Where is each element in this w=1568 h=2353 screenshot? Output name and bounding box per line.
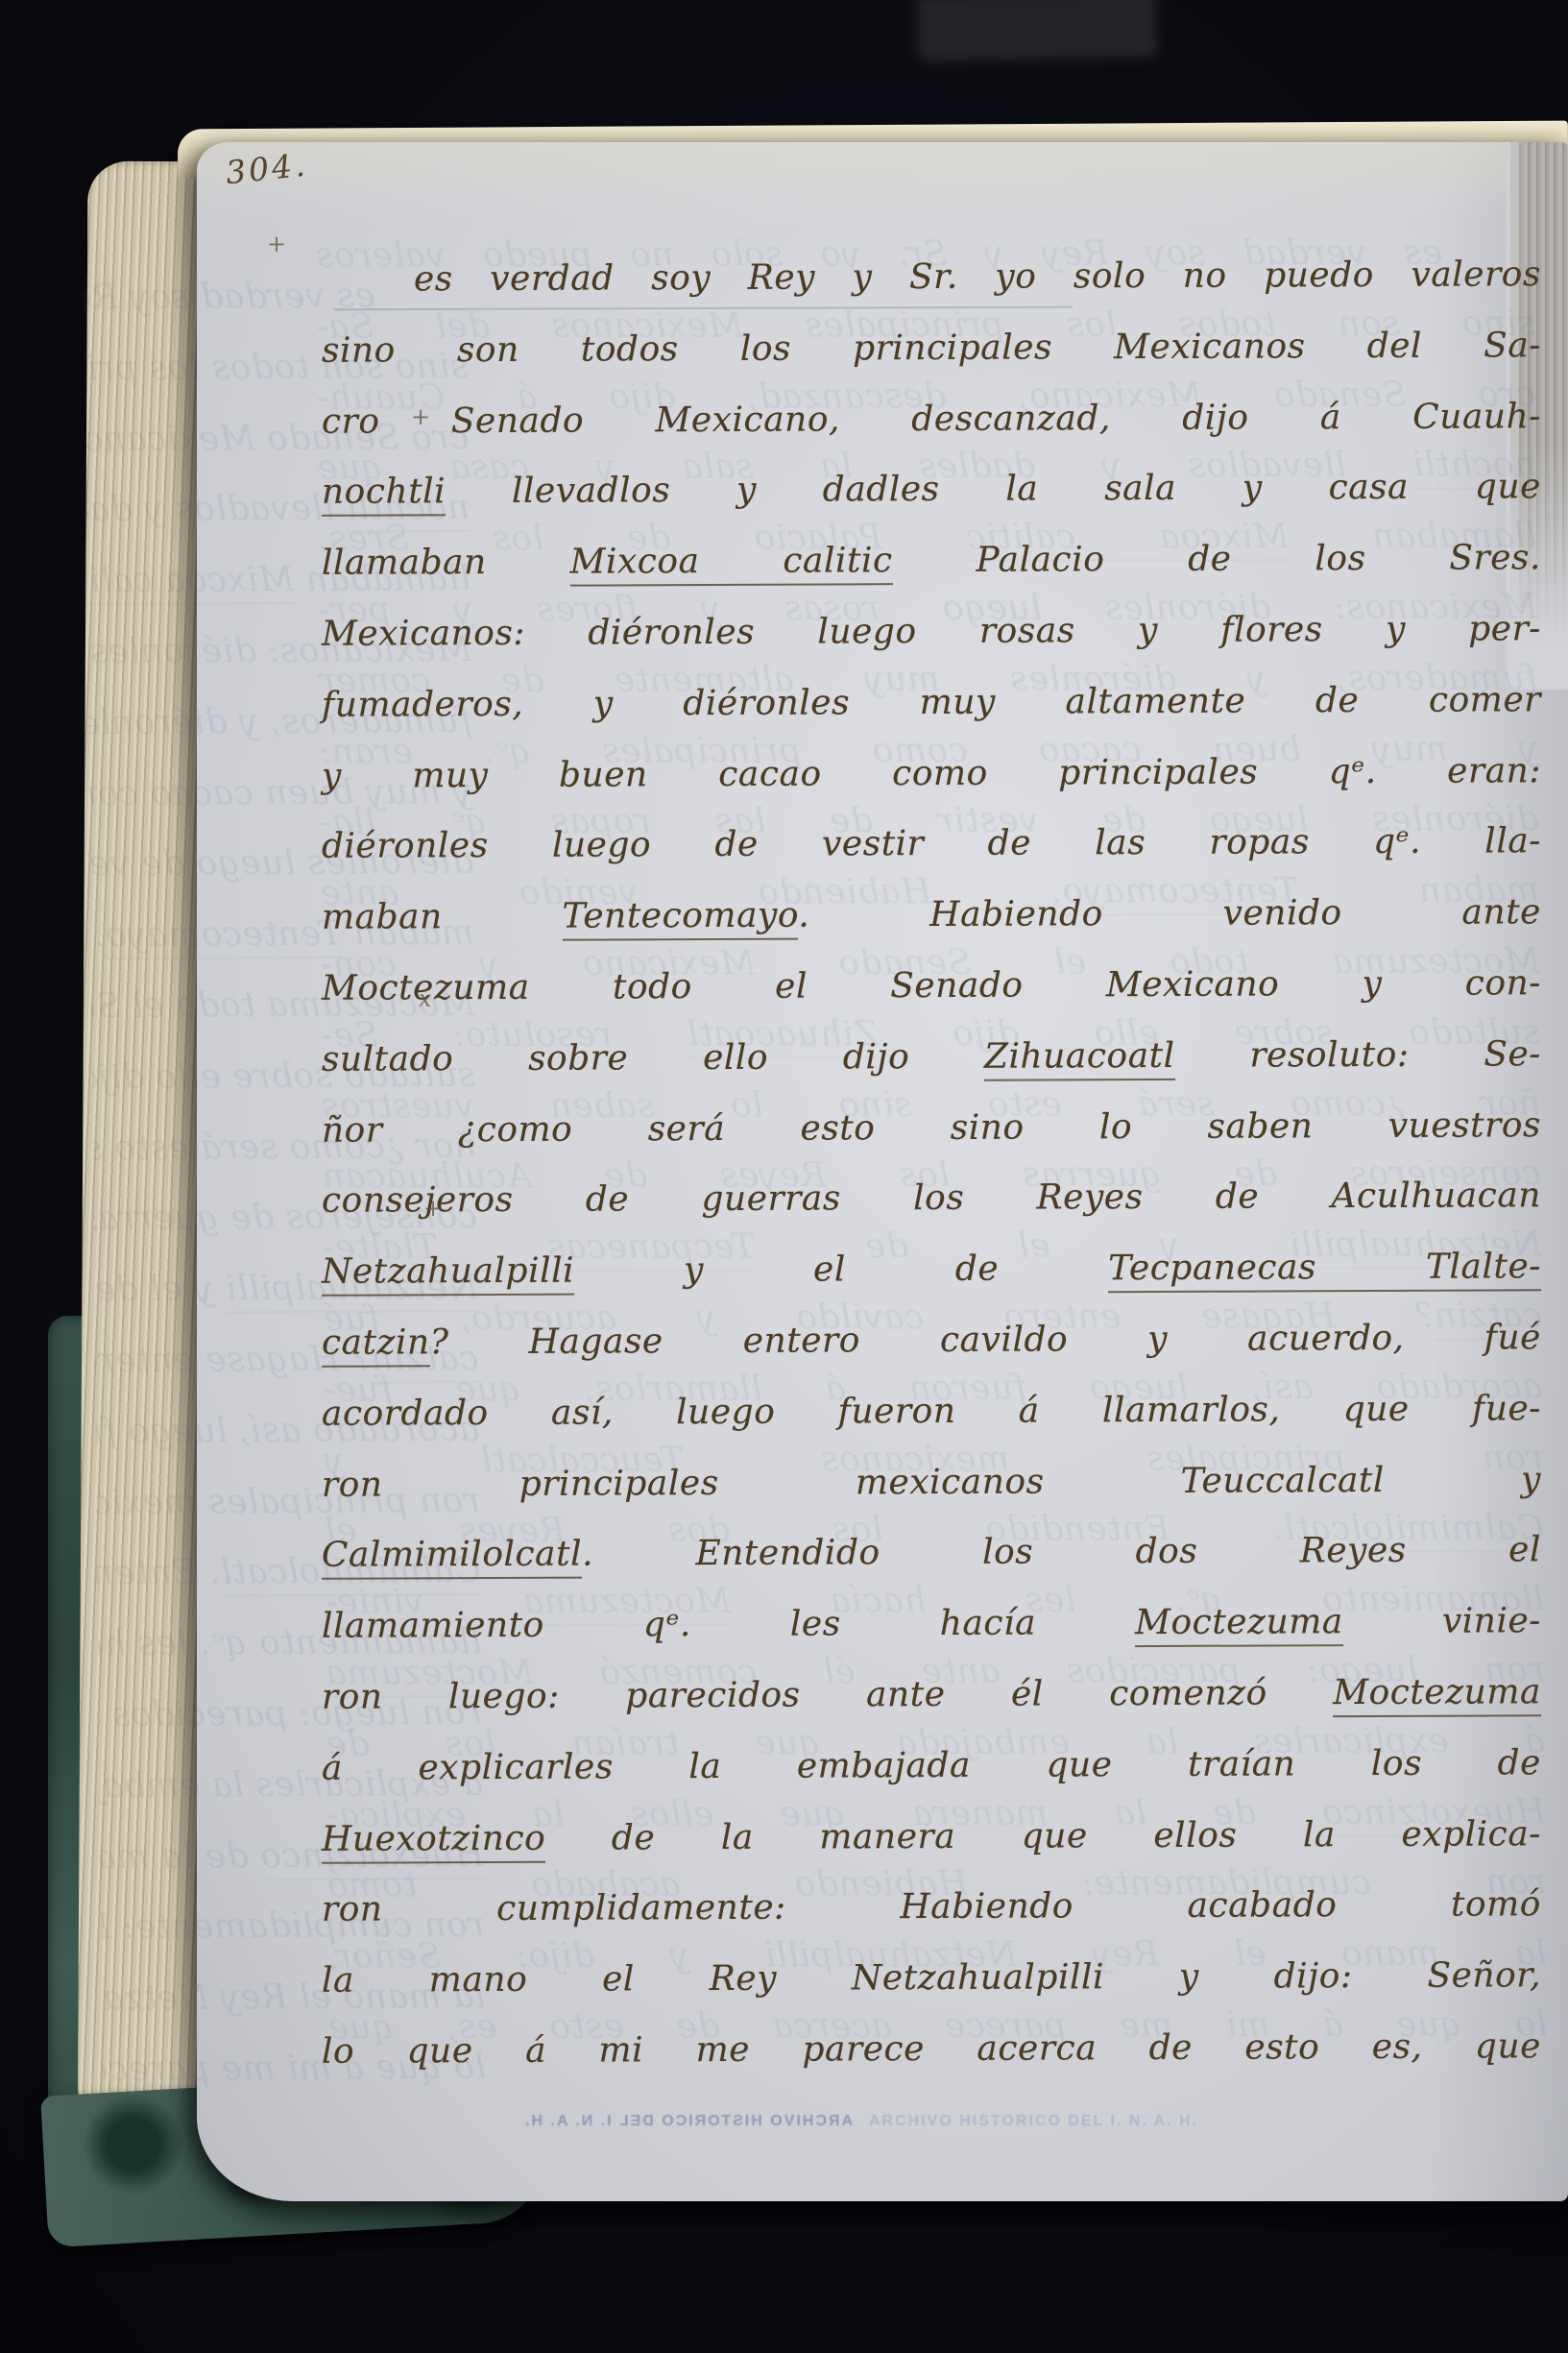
manuscript-line: y muy buen cacao como principales qᵉ. er… xyxy=(322,751,1541,827)
manuscript-line: ron luego: parecidos ante él comenzó Moc… xyxy=(322,1672,1541,1748)
page-number: 304. xyxy=(224,146,309,192)
manuscript-line: nochtli llevadlos y dadles la sala y cas… xyxy=(322,468,1541,544)
manuscript-line: acordado así, luego fueron á llamarlos, … xyxy=(322,1389,1541,1465)
manuscript-line: la mano el Rey Netzahualpilli y dijo: Se… xyxy=(322,1955,1541,2031)
background-dust-texture xyxy=(916,0,1157,61)
manuscript-line: sino son todos los principales Mexicanos… xyxy=(322,326,1541,401)
manuscript-line: sultado sobre ello dijo Zihuacoatl resol… xyxy=(322,1034,1541,1110)
archive-stamp-row: ARCHIVO HISTORICO DEL I. N. A. H. ARCHIV… xyxy=(197,2113,1568,2151)
manuscript-line: llamamiento qᵉ. les hacía Moctezuma vini… xyxy=(322,1601,1541,1677)
manuscript-line: fumaderos, y diéronles muy altamente de … xyxy=(322,680,1541,756)
manuscript-line: ron principales mexicanos Teuccalcatl y xyxy=(322,1460,1541,1536)
manuscript-line: es verdad soy Rey y Sr. yo solo no puedo… xyxy=(322,255,1541,330)
manuscript-line: Mexicanos: diéronles luego rosas y flore… xyxy=(322,609,1541,685)
manuscript-line: Calmimilolcatl. Entendido los dos Reyes … xyxy=(322,1531,1541,1607)
photo-background: 304. es verdad soy Rey y Sr. yo solo no … xyxy=(0,0,1568,2353)
manuscript-line: maban Tentecomayo. Habiendo venido ante xyxy=(322,892,1541,968)
manuscript-line: Netzahualpilli y el de Tecpanecas Tlalte… xyxy=(322,1247,1541,1322)
archive-stamp-mirrored: ARCHIVO HISTORICO DEL I. N. A. H. xyxy=(523,2113,853,2130)
manuscript-line: á explicarles la embajada que traían los… xyxy=(322,1743,1541,1819)
manuscript-line: lo que á mi me parece acerca de esto es,… xyxy=(322,2026,1541,2102)
book-page-stack-edge xyxy=(77,161,214,2200)
manuscript-line: ñor ¿como será esto sino lo saben vuestr… xyxy=(322,1105,1541,1181)
manuscript-line: llamaban Mixcoa calitic Palacio de los S… xyxy=(322,538,1541,614)
manuscript-line: ron cumplidamente: Habiendo acabado tomó xyxy=(322,1885,1541,1961)
archive-stamp-text: ARCHIVO HISTORICO DEL I. N. A. H. xyxy=(869,2113,1198,2130)
manuscript-line: diéronles luego de vestir de las ropas q… xyxy=(322,822,1541,898)
manuscript-line: catzin? Hagase entero cavildo y acuerdo,… xyxy=(322,1318,1541,1394)
manuscript-line: Huexotzinco de la manera que ellos la ex… xyxy=(322,1814,1541,1890)
manuscript-line: cro Senado Mexicano, descanzad, dijo á C… xyxy=(322,397,1541,473)
manuscript-line: consejeros de guerras los Reyes de Aculh… xyxy=(322,1176,1541,1252)
handwritten-text-block: es verdad soy Rey y Sr. yo solo no puedo… xyxy=(322,257,1541,2100)
manuscript-page: 304. es verdad soy Rey y Sr. yo solo no … xyxy=(197,142,1568,2201)
manuscript-line: Moctezuma todo el Senado Mexicano y con- xyxy=(322,963,1541,1039)
